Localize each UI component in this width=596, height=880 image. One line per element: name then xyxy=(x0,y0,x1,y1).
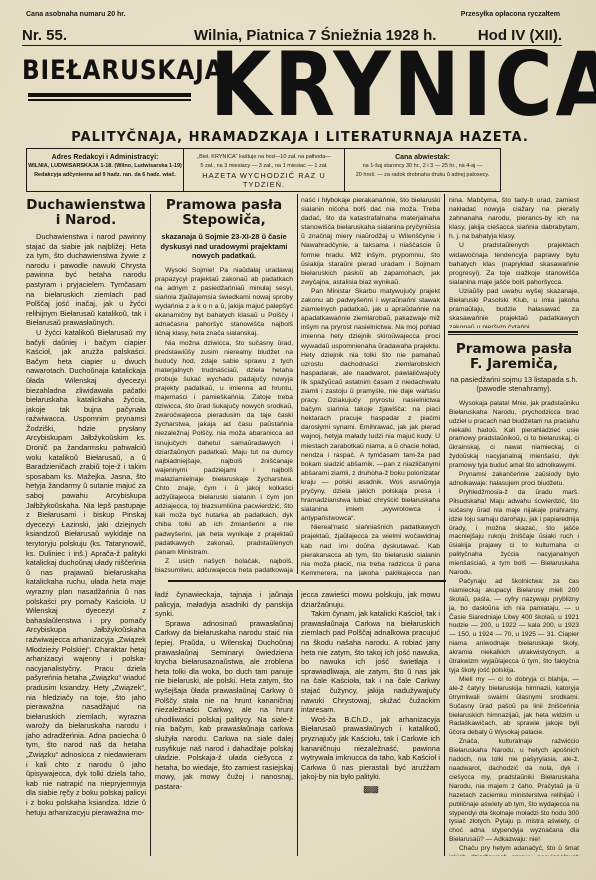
article-title: Pramowa pasła F. Jaremiča, xyxy=(449,342,579,372)
article-paragraph: Wysokaja palata! Mnie, jak pradstaŭniku … xyxy=(449,400,579,471)
article-paragraph: U pradstaŭlenych prajektach widawočnaja … xyxy=(449,241,579,286)
postage-note: Przesyłka opłacona ryczałtem xyxy=(461,11,560,18)
article-paragraph: Takim čynam, jak katalicki Kaścioł, tak … xyxy=(301,609,440,715)
section-divider xyxy=(448,331,578,333)
end-ornament-icon: ▩▩ xyxy=(301,785,440,795)
ad-price-cell: Cana abwiestak: na 1-šaj staroncy 30 hr.… xyxy=(345,149,500,191)
article-stepowic-part3: nina. Mabčyma, što tady-b urad, zamiest … xyxy=(449,196,579,328)
article-paragraph: ładź čynawieckaja, tajnaja i jaŭnaja pal… xyxy=(155,590,293,619)
article-duchawienstwa: Duchawienstwa i Narod. Duchawienstwa i n… xyxy=(26,196,146,856)
address-line: WILNIA, LUDWISARSKAJA 1-18. (Wilno, Ludw… xyxy=(27,162,183,171)
title-rule xyxy=(28,99,191,101)
article-paragraph: Woś-ža B.Ch.D., jak arhanizacyja Biełaru… xyxy=(301,715,440,782)
issue-number: Nr. 55. xyxy=(22,27,67,44)
article-paragraph: Pačynaju ad školnictwa: za čas niamiecka… xyxy=(449,578,579,676)
ad-price-line: na 1-šaj staroncy 30 hr., 2 i 3 — 25 hr.… xyxy=(345,162,500,171)
article-paragraph: Z usich našych bolačak, najbolš, biazsum… xyxy=(155,557,293,576)
subscription-line: „Biel. KRYNICA“ kaštuje na hod—10 zał. n… xyxy=(184,153,344,162)
article-paragraph: Znača, kulturalnaje raźwićcio Biełaruska… xyxy=(449,738,579,845)
address-cell: Adres Redakcyi i Administracyi: WILNIA, … xyxy=(27,149,184,191)
article-paragraph: naść i hłybokaje pierakanańnie, što bieł… xyxy=(301,196,440,287)
article-jaremic: Pramowa pasła F. Jaremiča, na pasiedžańn… xyxy=(449,340,579,856)
column-divider xyxy=(150,194,151,856)
article-paragraph: Pryhledžmosia-ž da ŭradu marš. Piłsudska… xyxy=(449,489,579,578)
column-divider xyxy=(444,194,445,856)
article-paragraph: Mieli my — ci to dobryja ci blahija, — a… xyxy=(449,676,579,738)
article-paragraph: Uziaŭšy pad uwahu wyšej skazanaje, Bieła… xyxy=(449,287,579,328)
article-paragraph: U žyćci katalikoŭ Biełarusaŭ my bačyli d… xyxy=(26,328,146,817)
section-divider xyxy=(448,334,578,335)
subscription-line: 5 zał., na 3 miesiacy — 3 zał., na 1 mie… xyxy=(184,162,344,171)
article-paragraph: Niereal'naść siańniašnich padatkawych pr… xyxy=(301,523,440,576)
article-stepowic-part1: Pramowa pasła Stepowiča, skazanaja ŭ Soj… xyxy=(155,196,293,576)
article-paragraph: nina. Mabčyma, što tady-b urad, zamiest … xyxy=(449,196,579,241)
office-hours: Redakcyja adčynienna ad 9 hadz. ran. da … xyxy=(27,171,183,180)
address-heading: Adres Redakcyi i Administracyi: xyxy=(27,153,183,162)
title-krynica: KRYNICA xyxy=(210,44,534,126)
info-box: Adres Redakcyi i Administracyi: WILNIA, … xyxy=(26,148,501,192)
column-divider xyxy=(297,590,298,856)
title-rule xyxy=(28,93,191,97)
newspaper-subtitle: PALITYČNAJA, HRAMADZKAJA I LITERATURNAJA… xyxy=(60,130,540,145)
ad-price-heading: Cana abwiestak: xyxy=(345,153,500,162)
column-divider xyxy=(297,194,298,574)
article-paragraph: Nia možna dziwicca, što sučasny ŭrad, pr… xyxy=(155,339,293,557)
newspaper-page: Cana asobnaha numaru 20 hr. Przesyłka op… xyxy=(0,0,596,880)
publication-frequency: HAZETA WYCHODZIĆ RAZ U TYDZIEŃ. xyxy=(184,171,344,189)
article-paragraph: Pan Ministar Skarbu matywujučy prajekt z… xyxy=(301,287,440,523)
subscription-cell: „Biel. KRYNICA“ kaštuje na hod—10 zał. n… xyxy=(184,149,345,191)
article-title: Duchawienstwa i Narod. xyxy=(26,198,146,228)
article-paragraph: Sprawa adnosinaŭ prawasłaŭnaj Carkwy da … xyxy=(155,619,293,792)
article-title: Pramowa pasła Stepowiča, xyxy=(155,198,293,228)
article-duchawienstwa-cont1: ładź čynawieckaja, tajnaja i jaŭnaja pal… xyxy=(155,590,293,856)
price-note: Cana asobnaha numaru 20 hr. xyxy=(26,11,126,18)
article-paragraph: Chaču pry hetym adanačyć, što ŭ šmat jak… xyxy=(449,845,579,856)
article-paragraph: Prynamsi zakančeńnie zaŭsiody było adnol… xyxy=(449,471,579,489)
ad-price-line: 20 hroš. — za radok drobnaha druku ŭ adn… xyxy=(345,171,500,180)
article-subtitle-note: (pawodle stenahramy). xyxy=(449,385,579,394)
section-divider xyxy=(168,580,446,582)
article-duchawienstwa-cont2: jecca zawieści mowu polskuju, jak mowu d… xyxy=(301,590,440,856)
article-subtitle: skazanaja ŭ Sojmie 23-XI-28 ŭ časie dysk… xyxy=(155,232,293,261)
article-paragraph: Duchawienstwa i narod pawinny stajać da … xyxy=(26,232,146,328)
title-bielaruskaja: BIEŁARUSKAJA xyxy=(22,55,166,91)
article-paragraph: Wysoki Sojmie! Pa niaŭdałaj uradawaj pra… xyxy=(155,266,293,339)
article-stepowic-part2: naść i hłybokaje pierakanańnie, što bieł… xyxy=(301,196,440,576)
article-paragraph: jecca zawieści mowu polskuju, jak mowu d… xyxy=(301,590,440,609)
